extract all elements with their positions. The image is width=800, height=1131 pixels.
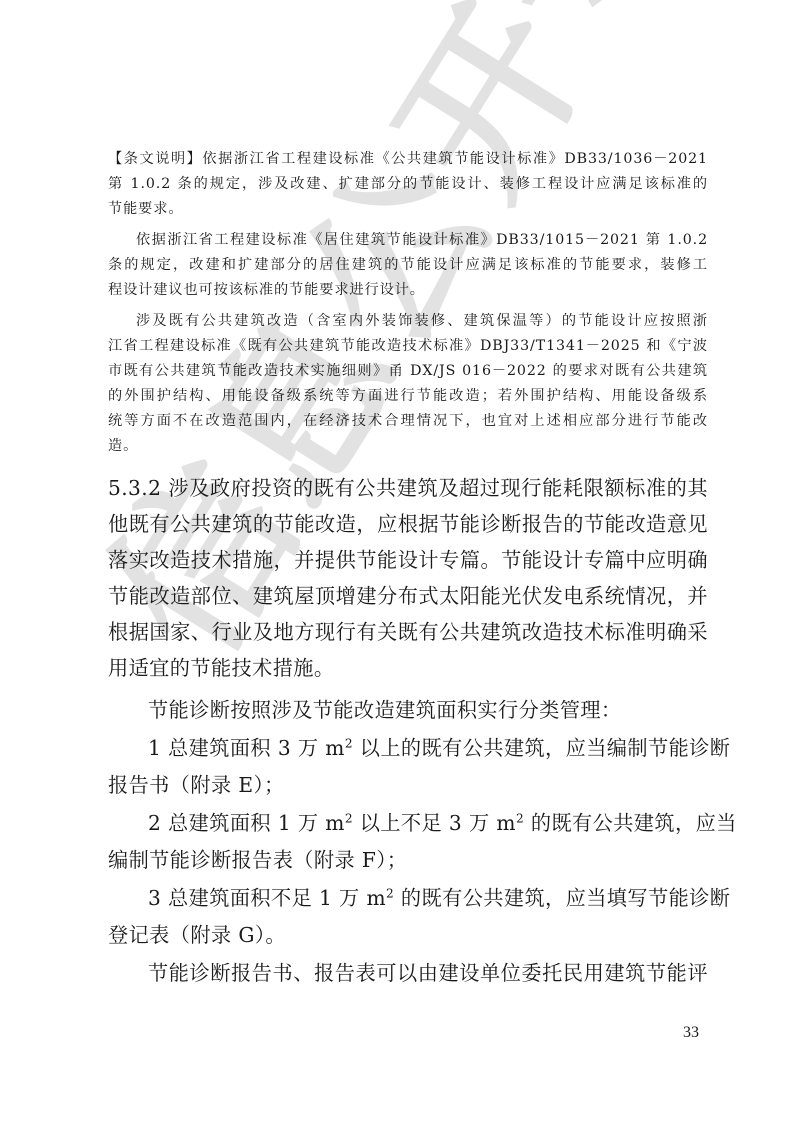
list-item-line: 登记表（附录 G）。 <box>108 921 708 949</box>
clause-line: 节能改造部位、建筑屋顶增建分布式太阳能光伏发电系统情况，并 <box>108 582 708 610</box>
document-page: 信息公开专用 【条文说明】依据浙江省工程建设标准《公共建筑节能设计标准》DB33… <box>0 0 800 1131</box>
explanation-line: 造。 <box>108 436 708 456</box>
list-item-line: 编制节能诊断报告表（附录 F）； <box>108 846 708 874</box>
explanation-line: 第 1.0.2 条的规定，涉及改建、扩建部分的节能设计、装修工程设计应满足该标准… <box>108 174 708 194</box>
explanation-line: 市既有公共建筑节能改造技术实施细则》甬 DX/JS 016－2022 的要求对既… <box>108 361 708 381</box>
clause-line: 5.3.2 涉及政府投资的既有公共建筑及超过现行能耗限额标准的其 <box>108 474 708 502</box>
explanation-line: 江省工程建设标准《既有公共建筑节能改造技术标准》DBJ33/T1341－2025… <box>108 336 708 356</box>
page-number: 33 <box>683 1024 699 1042</box>
list-item-line: 报告书（附录 E）； <box>108 771 708 799</box>
list-item-line: 3 总建筑面积不足 1 万 m2 的既有公共建筑，应当填写节能诊断 <box>108 884 708 912</box>
explanation-line: 的外围护结构、用能设备级系统等方面进行节能改造；若外围护结构、用能设备级系 <box>108 386 708 406</box>
explanation-line: 统等方面不在改造范围内，在经济技术合理情况下，也宜对上述相应部分进行节能改 <box>108 411 708 431</box>
clause-line: 根据国家、行业及地方现行有关既有公共建筑改造技术标准明确采 <box>108 618 708 646</box>
classification-intro: 节能诊断按照涉及节能改造建筑面积实行分类管理： <box>108 696 708 724</box>
explanation-line: 依据浙江省工程建设标准《居住建筑节能设计标准》DB33/1015－2021 第 … <box>108 230 708 250</box>
clause-line: 落实改造技术措施，并提供节能设计专篇。节能设计专篇中应明确 <box>108 546 708 574</box>
explanation-line: 程设计建议也可按该标准的节能要求进行设计。 <box>108 280 708 300</box>
explanation-line: 涉及既有公共建筑改造（含室内外装饰装修、建筑保温等）的节能设计应按照浙 <box>108 311 708 331</box>
clause-line: 用适宜的节能技术措施。 <box>108 654 708 682</box>
explanation-line: 【条文说明】依据浙江省工程建设标准《公共建筑节能设计标准》DB33/1036－2… <box>108 149 708 169</box>
explanation-line: 节能要求。 <box>108 199 708 219</box>
explanation-line: 条的规定，改建和扩建部分的居住建筑的节能设计应满足该标准的节能要求，装修工 <box>108 255 708 275</box>
list-item-line: 1 总建筑面积 3 万 m2 以上的既有公共建筑，应当编制节能诊断 <box>108 734 708 762</box>
closing-paragraph: 节能诊断报告书、报告表可以由建设单位委托民用建筑节能评 <box>108 959 708 987</box>
clause-line: 他既有公共建筑的节能改造，应根据节能诊断报告的节能改造意见 <box>108 510 708 538</box>
list-item-line: 2 总建筑面积 1 万 m2 以上不足 3 万 m2 的既有公共建筑，应当 <box>108 809 708 837</box>
